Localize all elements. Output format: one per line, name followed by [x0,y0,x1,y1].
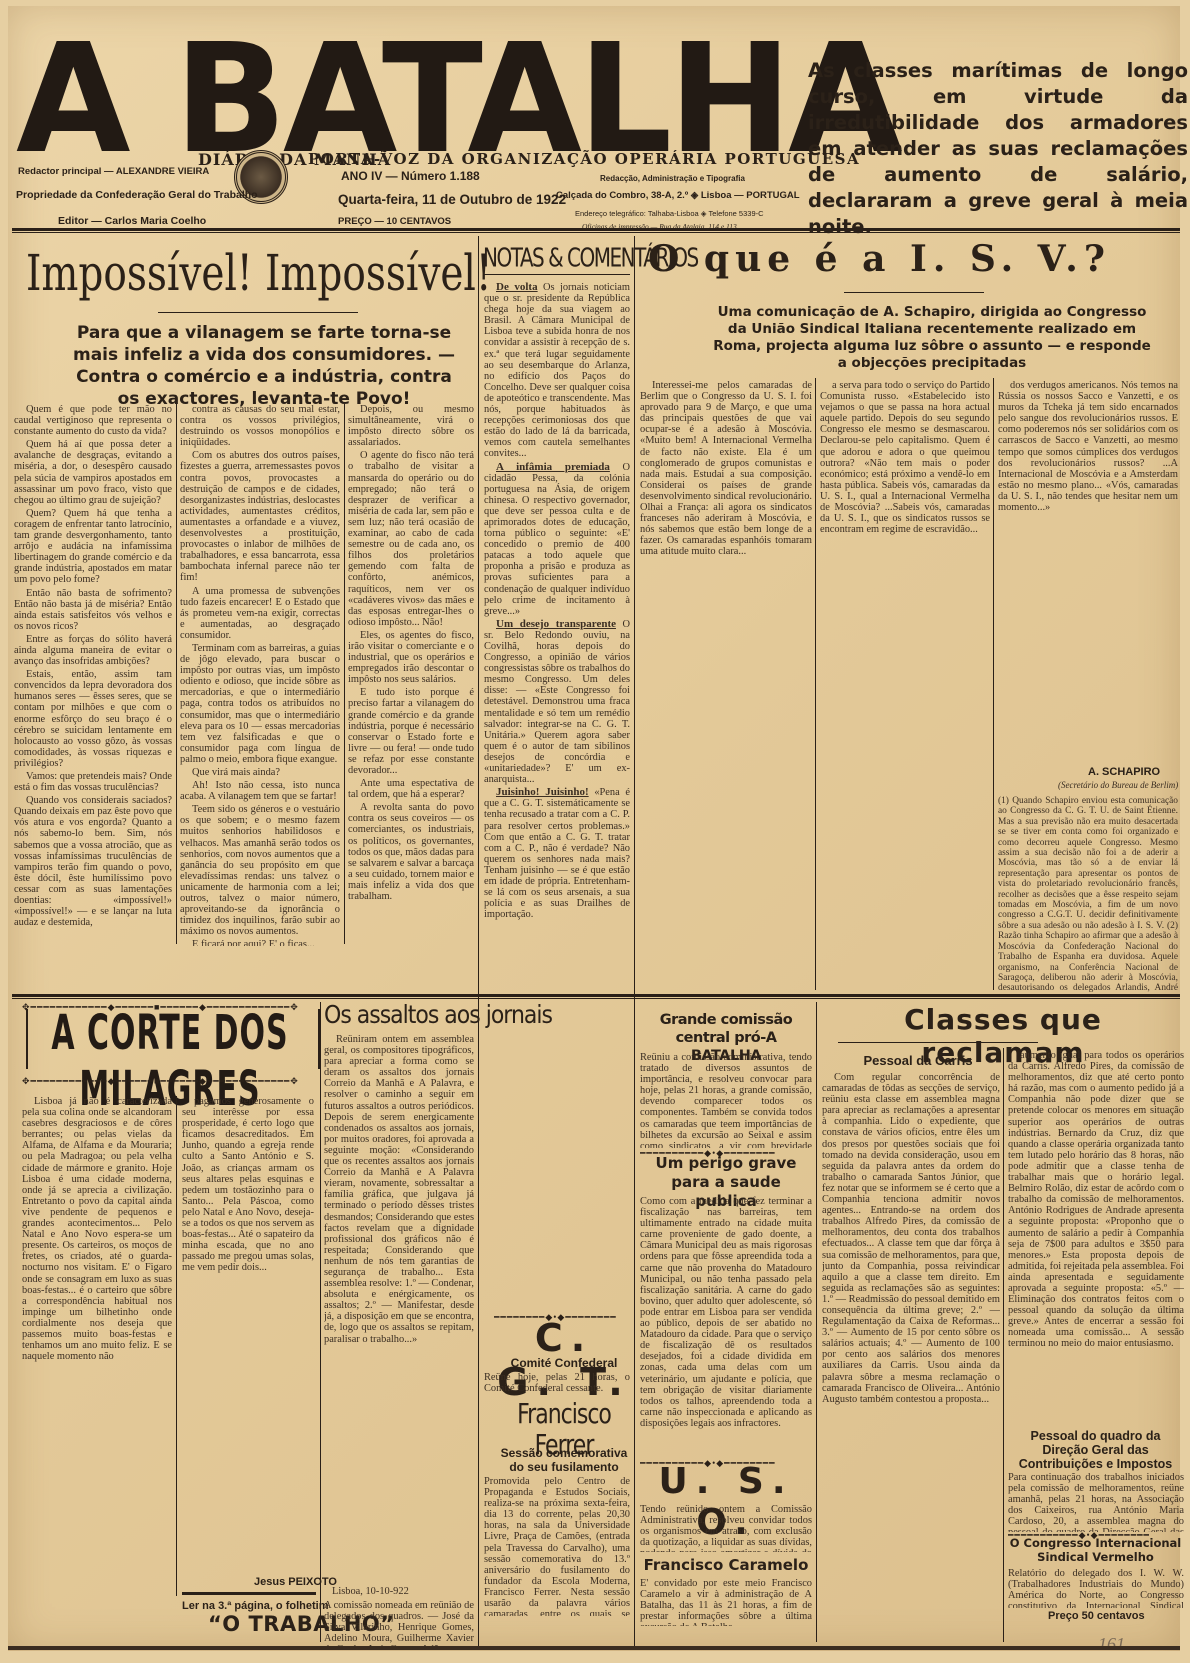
paragraph: E ficará por aqui? E' o ficas... [180,939,340,946]
corte-column-1: Lisboa já não é caracterizada pela sua c… [22,1096,172,1598]
paragraph: Vamos: que pretendeis mais? Onde está o … [14,771,172,793]
grande-comissao-text: Reüniu a comissão administrativa, tendo … [640,1052,812,1148]
headline-francisco-caramelo: Francisco Caramelo [640,1556,812,1574]
note-text: Os jornais noticiam que o sr. presidente… [484,282,630,459]
paragraph: A uma promessa de subvenções tudo fazeis… [180,586,340,641]
note-text: «Pena é que a C. G. T. sistemáticamente … [484,787,630,920]
subhead-pessoal-carris: Pessoal da Carris [833,1053,1003,1068]
column-rule [478,236,479,1646]
paragraph: Quando vos considerais saciados? Quando … [14,795,172,928]
uso-text: Tendo reünido ontem a Comissão Administr… [640,1504,812,1552]
carris-column-1: Com regular concorrência de camaradas de… [822,1072,1000,1642]
column-rule [816,1002,817,1642]
masthead-title: A BATALHA [16,33,686,166]
assaltos-commission: A comissão nomeada em reünião de delegad… [324,1600,474,1648]
masthead-ano-numero: ANO IV — Número 1.188 [341,169,480,183]
impossivel-column-1: Quem é que pode ter mão no caudal vertig… [14,404,172,946]
paragraph: Quem é que pode ter mão no caudal vertig… [14,404,172,437]
paragraph: aumento igual para todos os operários da… [1008,1050,1184,1350]
masthead-redactor: Redactor principal — ALEXANDRE VIEIRA [18,166,209,177]
masthead-telegraph: Endereço telegráfico: Talhaba-Lisboa ◈ T… [575,209,764,218]
paragraph: Com os abutres dos outros países, fizest… [180,450,340,583]
divider [182,1592,316,1595]
paragraph: E tudo isto porque é preciso fartar a vi… [348,687,474,776]
subhead-comite-confederal: Comité Confederal [494,1356,634,1370]
masthead-editor: Editor — Carlos Maria Coelho [58,215,206,227]
masthead-rule-thin [12,232,1180,233]
paragraph: Interessei-me pelos camaradas de Berlim … [640,380,812,558]
assaltos-date: Lisboa, 10-10-922 [332,1586,474,1598]
masthead-redaccao: Redacção, Administração e Tipografia [600,174,745,183]
paragraph: Depois, ou mesmo simultâneamente, virá o… [348,404,474,448]
lead-headline-strike: As classes marítimas de longo curso, em … [808,58,1188,240]
headline-congresso-sindical-vermelho: O Congresso Internacional Sindical Verme… [1008,1536,1183,1564]
carris-column-2: aumento igual para todos os operários da… [1008,1050,1184,1426]
section-rule-thin [12,998,1180,999]
assaltos-column: Reüniram ontem em assemblea geral, os co… [324,1034,474,1612]
column-rule [1003,1048,1004,1642]
masthead-rule [12,228,1180,231]
paragraph: Estais, então, assim tam convencidos da … [14,669,172,769]
isv-column-2: a serva para todo o serviço do Partido C… [820,380,990,992]
paragraph: Reüniram ontem em assemblea geral, os co… [324,1034,474,1345]
subhead-pessoal-quadro: Pessoal do quadro da Direção Geral das C… [1008,1429,1183,1471]
impossivel-column-2: contra as causas do seu mal estar, contr… [180,404,340,946]
paragraph: Teem sido os géneros e o vestuário os qu… [180,804,340,937]
page-bottom-edge [8,1646,1180,1650]
note-label: A infâmia premiada [496,461,610,473]
column-rule [176,404,177,944]
note-text: O sr. Belo Redondo ouviu, na Covilhã, ho… [484,619,630,785]
divider [838,1042,1038,1043]
impossivel-column-3: Depois, ou mesmo simultâneamente, virá o… [348,404,474,946]
newspaper-page: A BATALHA DIÁRIO DA MANHÃ Redactor princ… [8,6,1180,1651]
headline-impossivel: Impossível! Impossível! [26,244,476,302]
paragraph: Que virá mais ainda? [180,767,340,778]
paragraph: O agente do fisco não terá o trabalho de… [348,450,474,628]
column-rule [634,236,635,1646]
column-rule [320,1002,321,1642]
folhetim-label: Ler na 3.ª página, o folhetim [182,1600,328,1612]
notas-comentarios-title: NOTAS & COMENTÁRIOS [483,242,631,273]
perigo-text: Como com a medida que fez terminar a fis… [640,1196,812,1456]
isv-footnotes: (1) Quando Schapiro enviou esta comunica… [998,796,1178,992]
subhead-impossivel: Para que a vilanagem se farte torna-se m… [64,322,464,410]
ornamental-rule: ✥━━━━━━━━━━━━◆━━━━━━■━━━━━━◆━━━━━━━━━━━━… [22,1076,320,1087]
paragraph: Eles, os agentes do fisco, irão visitar … [348,630,474,685]
paragraph: Terminam com as barreiras, a guias de jô… [180,643,340,765]
column-rule [344,404,345,944]
paragraph: Quem há aí que possa deter a avalanche d… [14,439,172,506]
cgt-text: Reüne hoje, pelas 21 horas, o Comité Con… [484,1372,630,1396]
paragraph: pagamos generosamente o seu interêsse po… [182,1096,314,1274]
isv-column-3: dos verdugos americanos. Nós temos na Rú… [998,380,1178,760]
handwritten-page-number: 161 [1098,1634,1125,1655]
column-rule [993,378,994,990]
divider [484,274,630,275]
isv-signature-note: (Secretário do Bureau de Berlim) [1058,780,1188,792]
section-rule [12,994,1180,997]
ferrer-text: Promovida pelo Centro de Propaganda e Es… [484,1476,630,1616]
masthead-price: PREÇO — 10 CENTAVOS [338,216,451,227]
column-rule [815,378,816,990]
congresso-price: Preço 50 centavos [1048,1610,1145,1622]
note-label: De volta [496,282,538,293]
paragraph: Então não basta de sofrimento? Então não… [14,588,172,632]
paragraph: a serva para todo o serviço do Partido C… [820,380,990,535]
paragraph: Com regular concorrência de camaradas de… [822,1072,1000,1405]
subhead-sessao-comemorativa: Sessão comemorativa do seu fusilamento [494,1446,634,1474]
paragraph: A revolta santa do povo contra os seus c… [348,802,474,902]
divider [844,292,984,293]
paragraph: Lisboa já não é caracterizada pela sua c… [22,1096,172,1362]
paragraph: Ah! Isto não cessa, isto nunca acaba. A … [180,780,340,802]
headline-assaltos: Os assaltos aos jornais [324,1001,484,1030]
masthead-propriedade: Propriedade da Confederação Geral do Tra… [16,189,258,201]
paragraph: Ante uma espectativa de tal ordem, que h… [348,778,474,800]
divider [158,312,358,313]
paragraph: dos verdugos americanos. Nós temos na Rú… [998,380,1178,513]
note-label: Juisinho! Juisinho! [496,786,589,798]
masthead-porta-voz: PORTA-VOZ DA ORGANIZAÇÃO OPERÁRIA PORTUG… [308,150,860,168]
note-label: Um desejo transparente [496,618,616,630]
notas-column: De volta Os jornais noticiam que o sr. p… [484,282,630,1004]
masthead-address: Calçada do Combro, 38-A, 2.º ◈ Lisboa — … [556,190,800,201]
headline-isv: O que é a I. S. V.? [648,238,1188,280]
corte-column-2: pagamos generosamente o seu interêsse po… [182,1096,314,1578]
column-rule [176,1096,177,1596]
note-text: O cidadão Pessa, da colónia portuguesa n… [484,462,630,617]
quadro-text: Para continuação dos trabalhos iniciados… [1008,1472,1184,1532]
congresso-text: Relatório do delegado dos I. W. W. (Trab… [1008,1568,1184,1608]
paragraph: Quem? Quem há que tenha a coragem de enf… [14,508,172,586]
caramelo-text: E' convidado por este meio Francisco Car… [640,1578,812,1626]
paragraph: contra as causas do seu mal estar, contr… [180,404,340,448]
subhead-isv: Uma comunicação de A. Schapiro, dirigida… [712,304,1152,372]
isv-column-1: Interessei-me pelos camaradas de Berlim … [640,380,812,992]
paragraph: Entre as forças do sólito haverá ainda a… [14,634,172,667]
isv-signature: A. SCHAPIRO [1088,766,1160,778]
masthead-date: Quarta-feira, 11 de Outubro de 1922 [338,192,566,207]
